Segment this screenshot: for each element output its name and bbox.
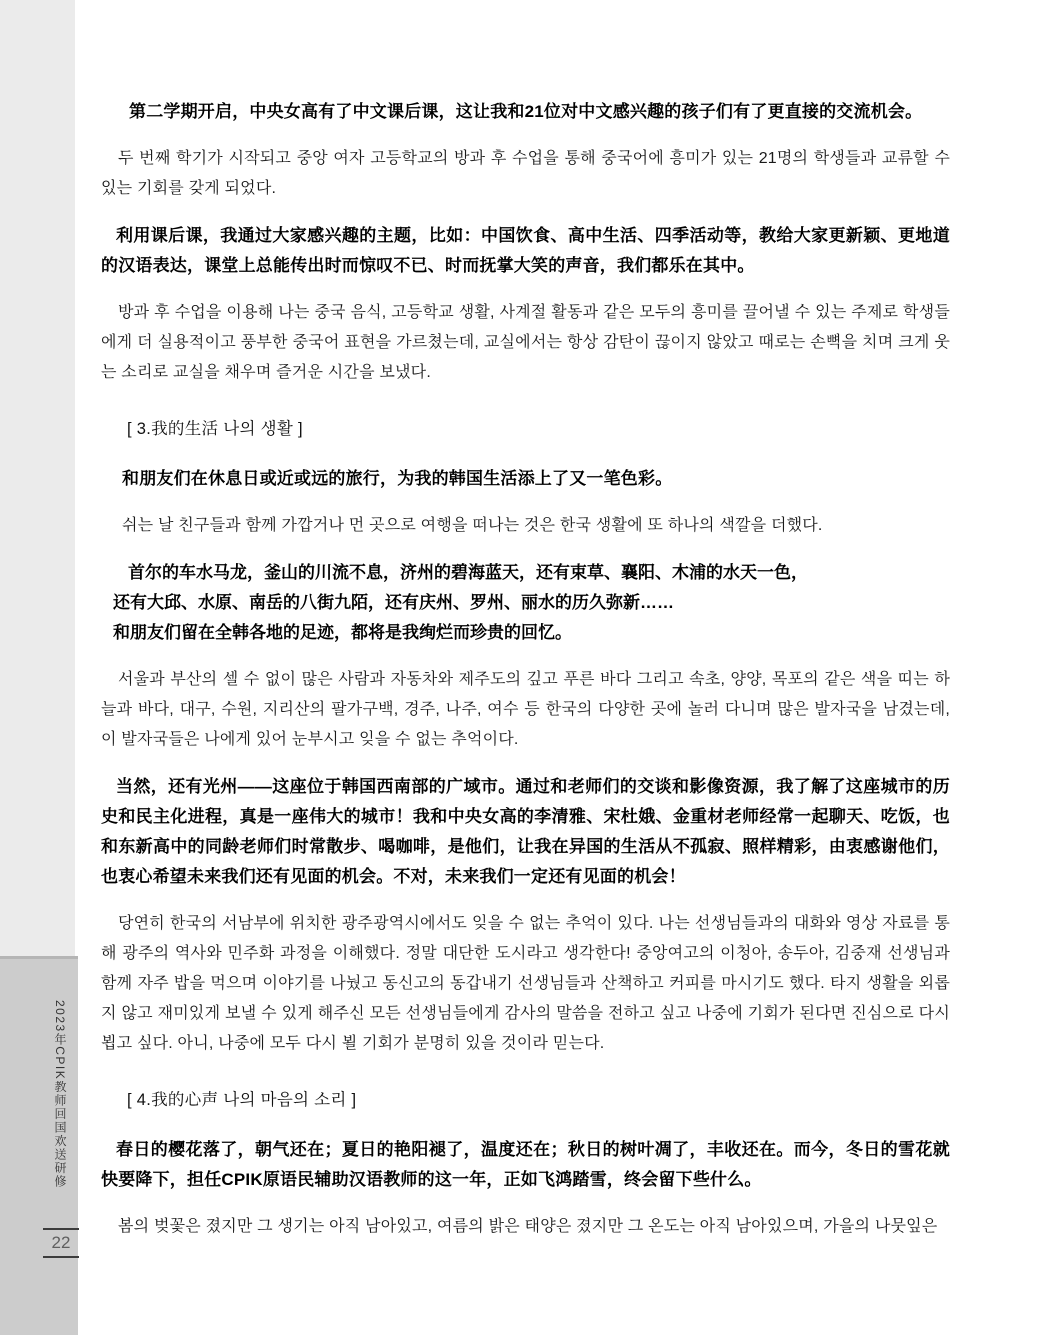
paragraph-ko-semester2: 두 번째 학기가 시작되고 중앙 여자 고등학교의 방과 후 수업을 통해 중국… (101, 144, 950, 204)
page-number: 22 (43, 1230, 79, 1256)
document-body: 第二学期开启，中央女高有了中文课后课，这让我和21位对中文感兴趣的孩子们有了更直… (101, 97, 950, 1259)
paragraph-ko-afterclass: 방과 후 수업을 이용해 나는 중국 음식, 고등학교 생활, 사계절 활동과 … (101, 298, 950, 388)
paragraph-zh-seasons: 春日的樱花落了，朝气还在；夏日的艳阳褪了，温度还在；秋日的树叶凋了，丰收还在。而… (101, 1135, 950, 1195)
paragraph-ko-seasons: 봄의 벚꽃은 졌지만 그 생기는 아직 남아있고, 여름의 밝은 태양은 졌지만… (101, 1212, 950, 1242)
paragraph-ko-travel: 쉬는 날 친구들과 함께 가깝거나 먼 곳으로 여행을 떠나는 것은 한국 생활… (101, 511, 950, 541)
poem-line-1: 首尔的车水马龙，釜山的川流不息，济州的碧海蓝天，还有束草、襄阳、木浦的水天一色， (113, 558, 950, 588)
paragraph-zh-cities-poem: 首尔的车水马龙，釜山的川流不息，济州的碧海蓝天，还有束草、襄阳、木浦的水天一色，… (113, 558, 950, 648)
paragraph-zh-travel: 和朋友们在休息日或近或远的旅行，为我的韩国生活添上了又一笔色彩。 (101, 464, 950, 494)
page-number-block: 22 (43, 1228, 79, 1258)
sidebar-vertical-title: 2023年CPIK教师回国欢送研修 (52, 1000, 69, 1200)
paragraph-zh-semester2: 第二学期开启，中央女高有了中文课后课，这让我和21位对中文感兴趣的孩子们有了更直… (101, 97, 950, 127)
paragraph-ko-gwangju: 당연히 한국의 서남부에 위치한 광주광역시에서도 잊을 수 없는 추억이 있다… (101, 909, 950, 1059)
document-page: { "sidebar": { "vertical_title": "2023年C… (0, 0, 1040, 1335)
paragraph-zh-afterclass: 利用课后课，我通过大家感兴趣的主题，比如：中国饮食、高中生活、四季活动等，教给大… (101, 221, 950, 281)
section-heading-my-life: [ 3.我的生活 나의 생활 ] (101, 414, 950, 444)
poem-line-2: 还有大邱、水原、南岳的八街九陌，还有庆州、罗州、丽水的历久弥新…… (113, 588, 950, 618)
sidebar-background-light (0, 0, 75, 956)
paragraph-ko-cities: 서울과 부산의 셀 수 없이 많은 사람과 자동차와 제주도의 깊고 푸른 바다… (101, 665, 950, 755)
poem-line-3: 和朋友们留在全韩各地的足迹，都将是我绚烂而珍贵的回忆。 (113, 618, 950, 648)
paragraph-zh-gwangju: 当然，还有光州——这座位于韩国西南部的广域市。通过和老师们的交谈和影像资源，我了… (101, 772, 950, 892)
section-heading-my-voice: [ 4.我的心声 나의 마음의 소리 ] (101, 1085, 950, 1115)
